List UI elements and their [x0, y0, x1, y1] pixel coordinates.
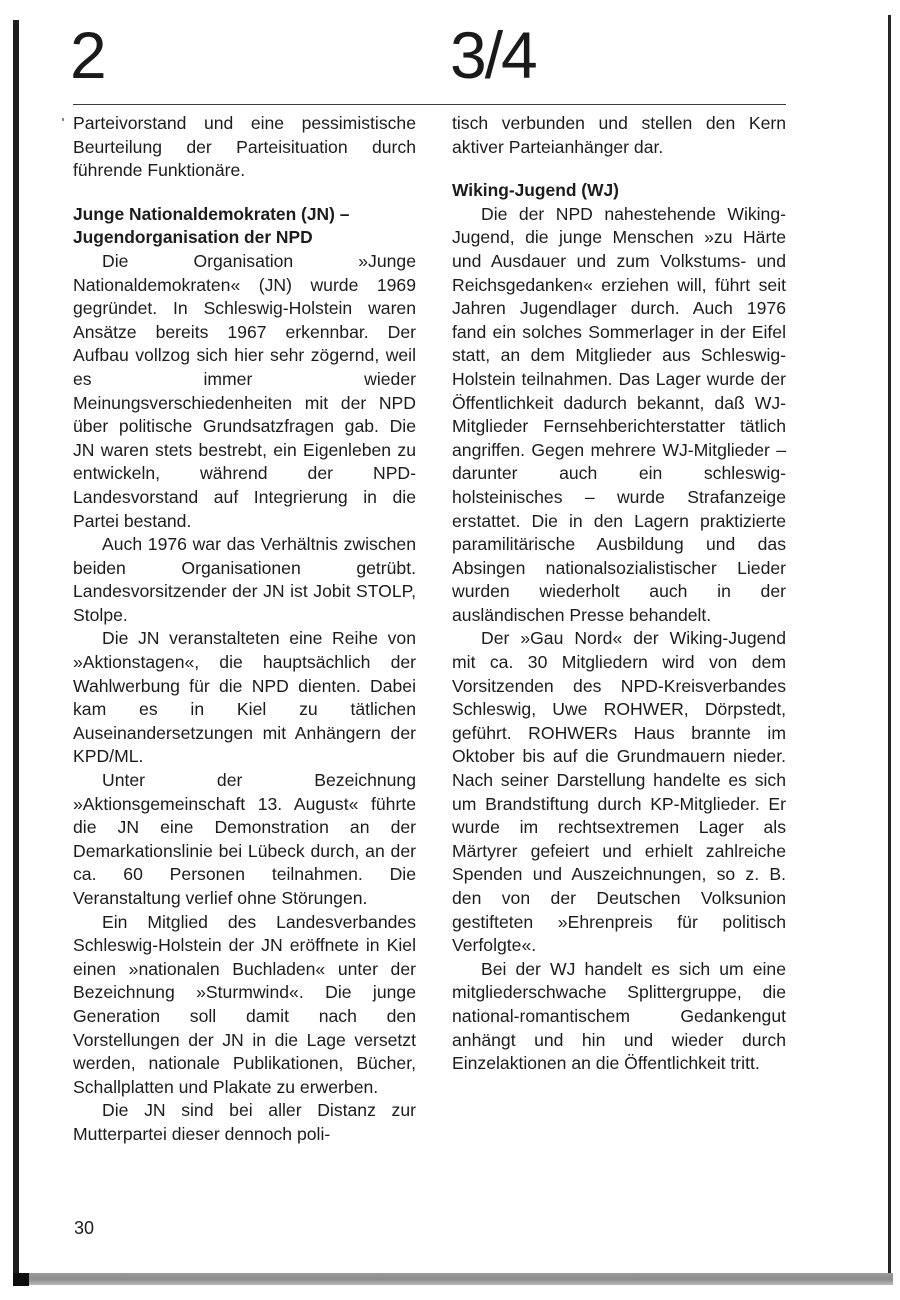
paragraph: Auch 1976 war das Verhältnis zwischen be…	[73, 533, 416, 627]
section-heading: Junge Nationaldemokraten (JN) – Jugendor…	[73, 203, 416, 250]
right-margin-bar	[888, 15, 891, 1277]
paragraph: Ein Mitglied des Landesverbandes Schlesw…	[73, 911, 416, 1100]
paragraph: Bei der WJ handelt es sich um eine mitgl…	[452, 958, 786, 1076]
paragraph: Die JN veranstalteten eine Reihe von »Ak…	[73, 627, 416, 769]
paragraph: tisch verbunden und stellen den Kern akt…	[452, 112, 786, 159]
bottom-margin-bar	[13, 1273, 893, 1285]
paragraph: Die JN sind bei aller Distanz zur Mutter…	[73, 1099, 416, 1146]
chapter-number-left: 2	[70, 22, 105, 88]
paragraph: Parteivorstand und eine pessimistische B…	[73, 112, 416, 183]
left-margin-bar	[13, 20, 19, 1286]
paragraph: Die der NPD nahestehende Wiking-Jugend, …	[452, 203, 786, 628]
section-heading: Wiking-Jugend (WJ)	[452, 179, 786, 203]
header-rule-right	[450, 104, 786, 105]
section-gap	[73, 183, 416, 203]
scan-speck	[62, 118, 64, 121]
bottom-corner-mark	[13, 1273, 29, 1286]
paragraph: Die Organisation »Junge Nationaldemokrat…	[73, 250, 416, 533]
chapter-number-right: 3/4	[450, 22, 536, 88]
paragraph: Unter der Bezeichnung »Aktionsgemeinscha…	[73, 769, 416, 911]
paragraph: Der »Gau Nord« der Wiking-Jugend mit ca.…	[452, 627, 786, 957]
page-number: 30	[74, 1218, 94, 1238]
left-column-text: Parteivorstand und eine pessimistische B…	[73, 112, 416, 1147]
header-rule-left	[73, 104, 453, 105]
section-gap	[452, 159, 786, 179]
right-column-text: tisch verbunden und stellen den Kern akt…	[452, 112, 786, 1076]
